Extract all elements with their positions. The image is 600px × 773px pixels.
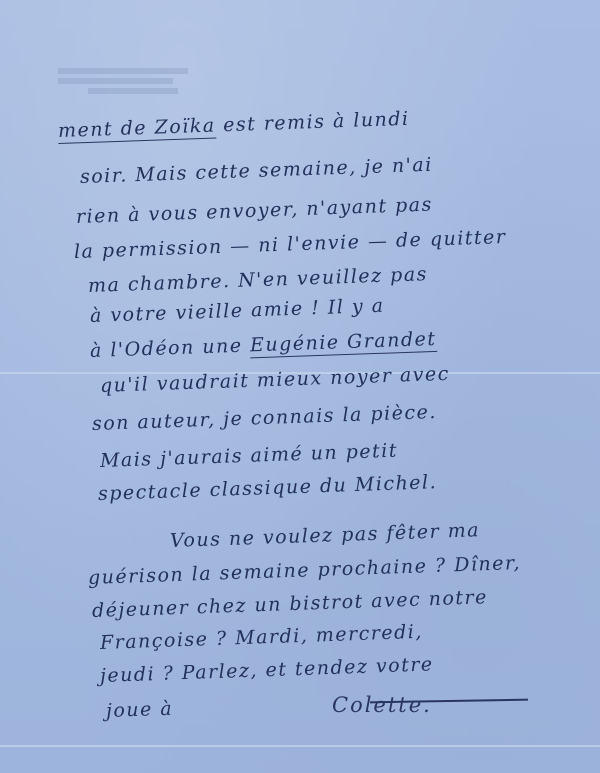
letter-line-16: jeudi ? Parlez, et tendez votre [100,653,434,687]
letter-line-10: Mais j'aurais aimé un petit [100,440,399,472]
faint-letterhead [58,64,188,98]
letter-line-2: soir. Mais cette semaine, je n'ai [80,154,434,188]
letter-line-8: qu'il vaudrait mieux noyer avec [100,363,451,397]
letter-line-5: ma chambre. N'en veuillez pas [88,263,429,297]
underlined-title: Eugénie Grandet [250,328,437,358]
letter-line-12: Vous ne voulez pas fêter ma [170,519,481,552]
letter-line-4: la permission — ni l'envie — de quitter [74,226,507,263]
letter-line-1: ment de Zoïka est remis à lundi [58,108,410,142]
paper-fold [0,745,600,747]
letter-line-13: guérison la semaine prochaine ? Dîner, [88,552,522,589]
letter-line-3: rien à vous envoyer, n'ayant pas [76,194,434,228]
letter-line-14: déjeuner chez un bistrot avec notre [92,586,489,622]
letter-line-6: à votre vieille amie ! Il y a [90,295,385,327]
underlined-name: ment de Zoïka [58,115,216,144]
letter-line-11: spectacle classique du Michel. [98,471,438,505]
letter-line-15: Françoise ? Mardi, mercredi, [100,621,424,654]
letter-line-9: son auteur, je connais la pièce. [92,401,438,435]
letter-line-7: à l'Odéon une Eugénie Grandet [90,328,437,362]
letter-line-17: joue à [106,698,174,722]
signature: Colette. [332,693,432,717]
letter-page: ment de Zoïka est remis à lundi soir. Ma… [0,0,600,773]
